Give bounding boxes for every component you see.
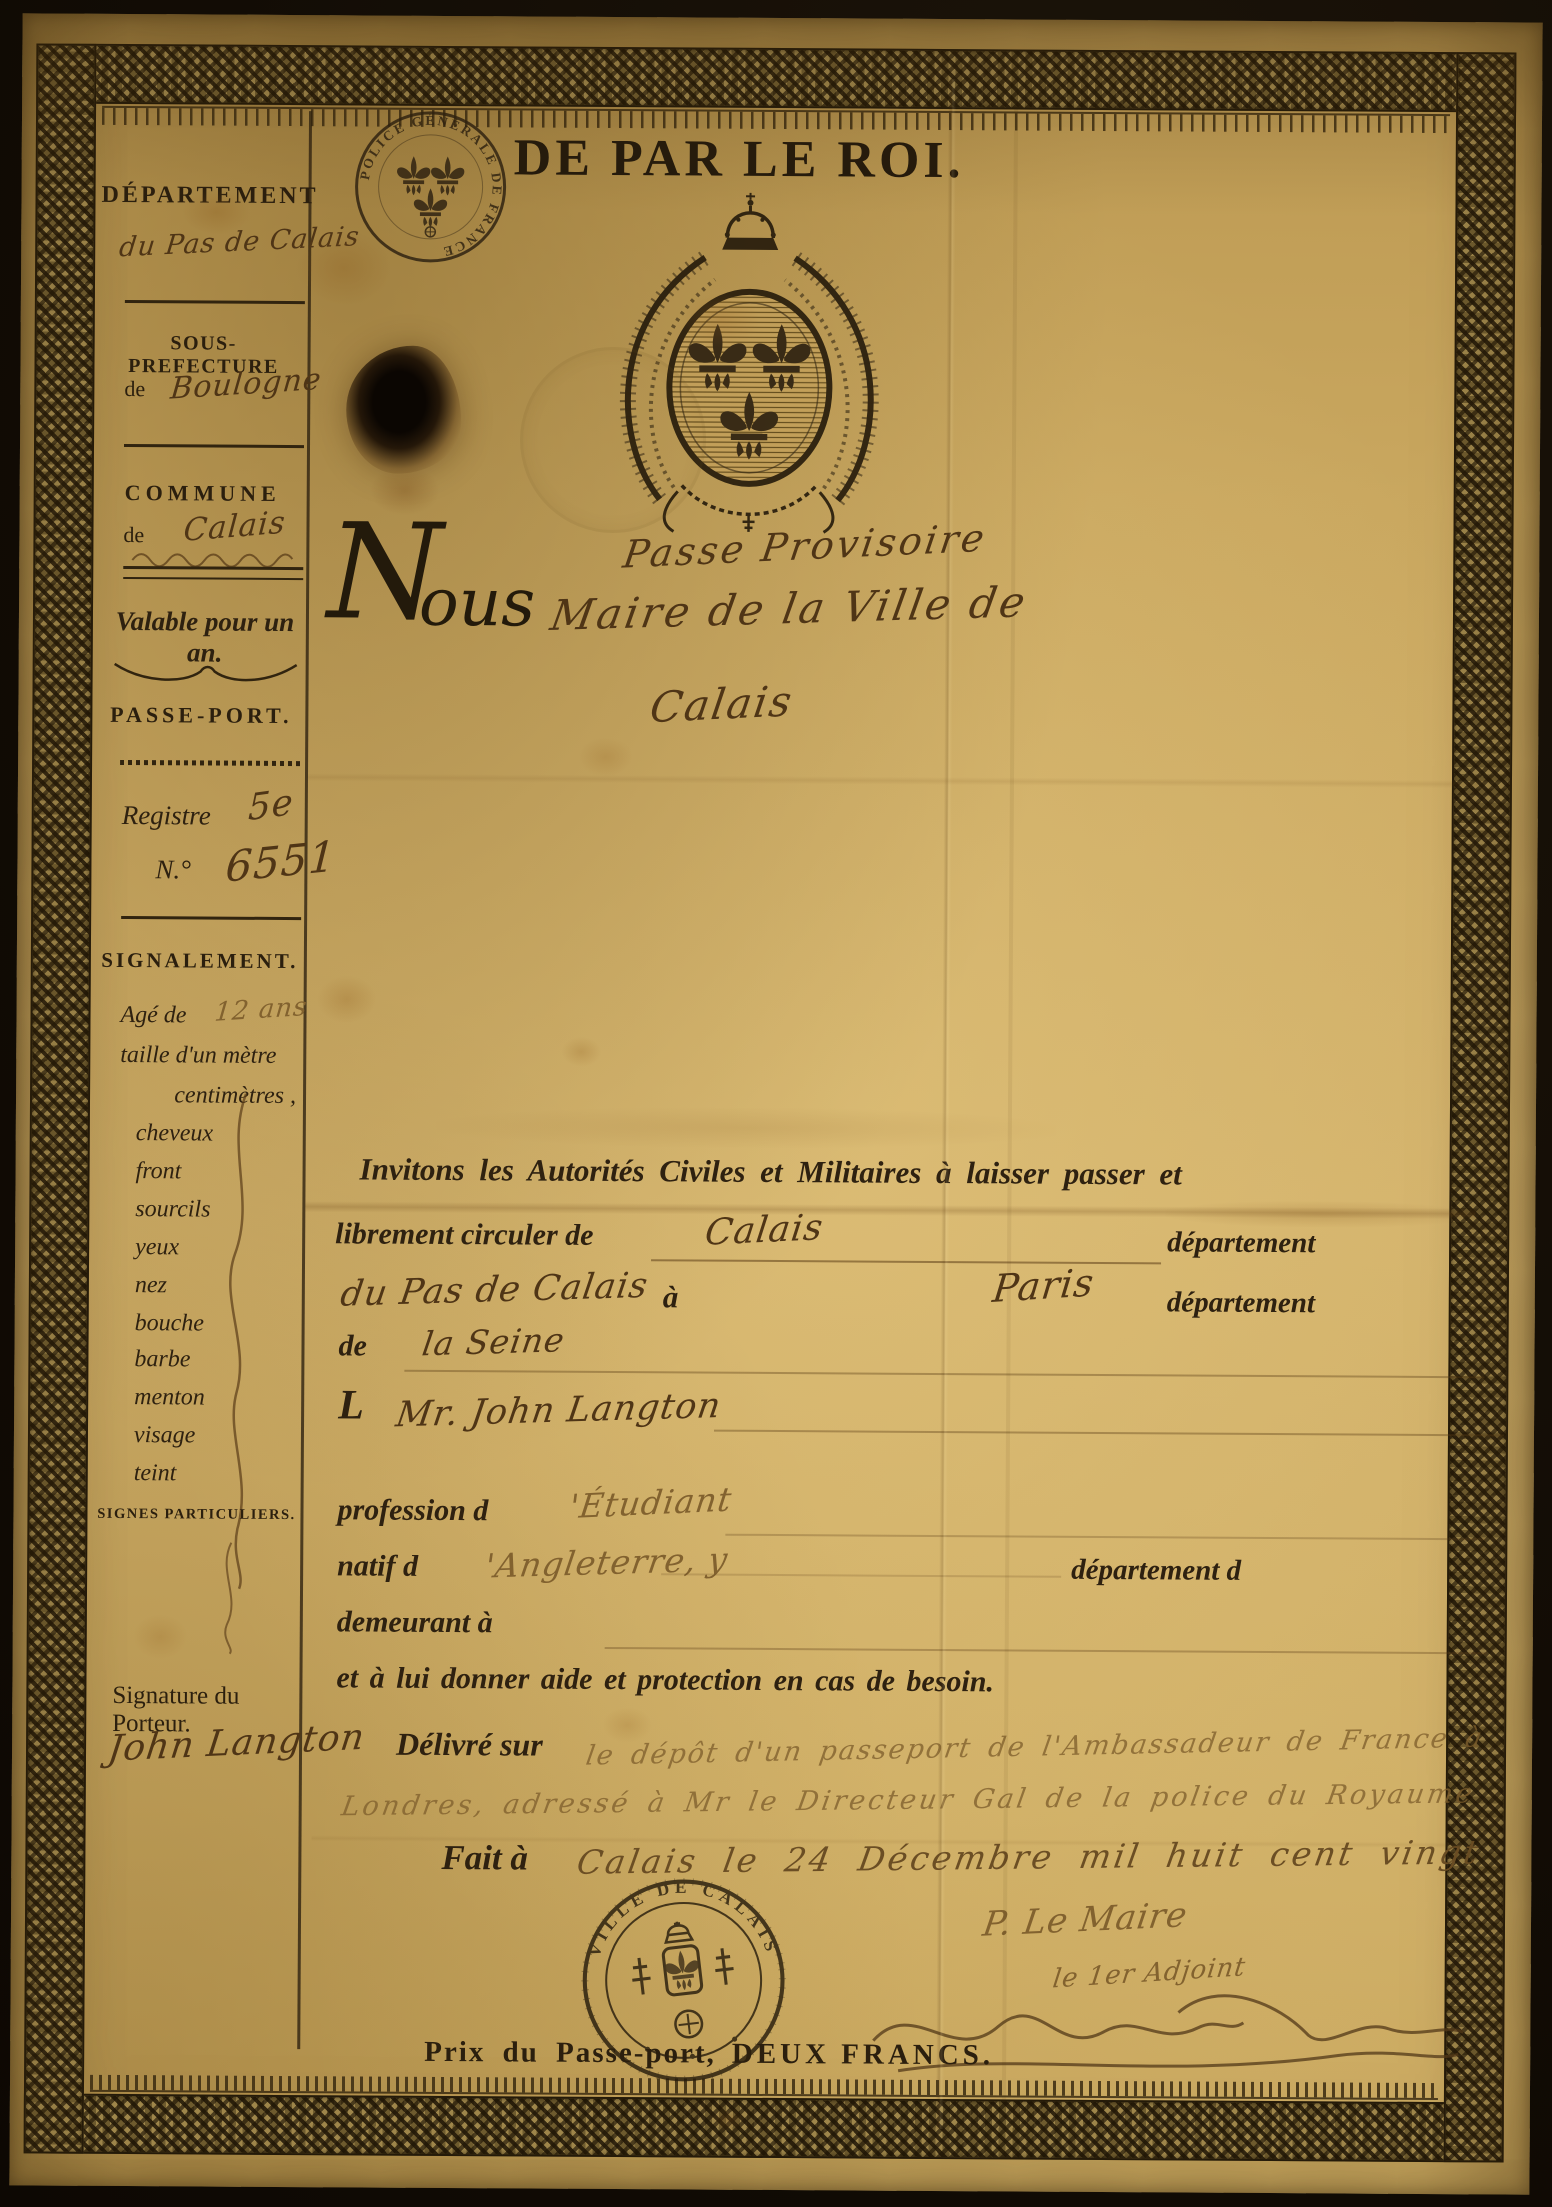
commune-value: Calais (182, 504, 287, 549)
price-value: DEUX FRANCS. (732, 2038, 994, 2072)
stain (561, 1037, 601, 1067)
delivre-printed: Délivré sur (396, 1726, 543, 1764)
delivre-hand-2: Londres, adressé à Mr le Directeur Gal d… (339, 1778, 1477, 1822)
feature-cheveux: cheveux (136, 1120, 213, 1147)
signature-scribble (858, 1971, 1479, 2093)
registre-label: Registre (122, 800, 211, 832)
feature-bouche: bouche (135, 1310, 204, 1337)
age-label: Agé de (120, 1002, 186, 1029)
departement-value: du Pas de Calais (118, 221, 362, 263)
stain (578, 737, 633, 777)
nous-rest: ous (419, 564, 536, 642)
divider (121, 916, 301, 920)
taille-line: taille d'un mètre (120, 1042, 276, 1070)
feature-yeux: yeux (135, 1234, 179, 1261)
feature-visage: visage (134, 1422, 195, 1449)
double-divider (123, 566, 303, 580)
feature-menton: menton (134, 1384, 205, 1411)
divider (125, 300, 305, 304)
feature-barbe: barbe (134, 1346, 190, 1373)
le-printed: L (338, 1381, 364, 1429)
maire-city-hand: Calais (647, 676, 797, 732)
departement-right-2: département (1167, 1286, 1315, 1320)
border-bottom (24, 2093, 1504, 2162)
de-printed: de (338, 1329, 367, 1363)
fold-crease-vertical (936, 79, 957, 2129)
registre-value: 5e (248, 782, 295, 830)
fold-crease-horizontal (305, 1201, 1475, 1219)
passeport-label: PASSE-PORT. (98, 702, 304, 729)
validity-brace (111, 658, 301, 687)
age-value: 12 ans (213, 992, 309, 1028)
departement-label: DÉPARTEMENT (101, 182, 307, 210)
commune-prefix: de (123, 522, 144, 548)
bearer-hand: Mr. John Langton (393, 1386, 724, 1436)
price-label: Prix du Passe-port, (424, 2036, 716, 2070)
feature-front: front (135, 1158, 181, 1185)
invitons-line: Invitons les Autorités Civiles et Milita… (359, 1151, 1181, 1192)
maire-sig-1: P. Le Maire (980, 1895, 1190, 1945)
feature-teint: teint (134, 1460, 177, 1487)
police-generale-stamp-icon: POLICE GÉNÉRALE DE FRANCE (351, 107, 510, 266)
blank-line (725, 1534, 1485, 1541)
price-line: Prix du Passe-port, DEUX FRANCS. (424, 2036, 994, 2072)
signes-hand-squiggle (209, 1539, 250, 1657)
seine-hand: la Seine (420, 1320, 568, 1363)
burn-hole (346, 345, 462, 474)
du-pas-hand: du Pas de Calais (338, 1266, 651, 1315)
signalement-title: SIGNALEMENT. (97, 948, 303, 974)
fold-crease-horizontal-2 (308, 773, 1478, 788)
protection-line: et à lui donner aide et protection en ca… (336, 1661, 994, 1699)
blank-line (714, 1430, 1504, 1437)
sous-prefecture-prefix: de (124, 376, 145, 402)
embossed-seal-ghost (519, 346, 706, 533)
left-column: DÉPARTEMENT du Pas de Calais SOUS-PREFEC… (90, 154, 308, 2055)
passport-photo: DÉPARTEMENT du Pas de Calais SOUS-PREFEC… (0, 0, 1552, 2207)
stain (436, 1106, 1056, 1150)
numero-label: N.° (155, 854, 191, 885)
natif-printed: natif d (337, 1549, 418, 1583)
profession-printed: profession d (337, 1493, 488, 1528)
divider (124, 444, 304, 448)
border-left (24, 43, 97, 2153)
stain (316, 975, 376, 1023)
paper-stains (23, 13, 1543, 22)
signes-label: SIGNES PARTICULIERS. (93, 1506, 299, 1524)
maire-line-hand: Maire de la Ville de (547, 577, 1031, 640)
wavy-divider (120, 760, 300, 766)
page-title: DE PAR LE ROI. (514, 128, 965, 190)
librement-printed: librement circuler de (335, 1217, 593, 1253)
passport-paper: DÉPARTEMENT du Pas de Calais SOUS-PREFEC… (9, 13, 1542, 2194)
demeurant-printed: demeurant à (337, 1605, 493, 1640)
departement-d-printed: département d (1071, 1554, 1241, 1588)
feature-nez: nez (135, 1272, 167, 1299)
natif-hand: 'Angleterre, y (482, 1539, 731, 1585)
border-top (36, 43, 1516, 112)
stain (602, 1707, 652, 1743)
feature-sourcils: sourcils (135, 1196, 210, 1223)
delivre-hand: le dépôt d'un passeport de l'Ambassadeur… (584, 1723, 1486, 1772)
numero-value: 6551 (224, 831, 337, 891)
invitons-text: Invitons les Autorités Civiles et Milita… (359, 1151, 1181, 1191)
profession-hand: 'Étudiant (567, 1479, 734, 1526)
a-printed: à (663, 1279, 679, 1315)
commune-label: COMMUNE (100, 480, 306, 507)
fait-printed: Fait à (441, 1838, 528, 1879)
departement-right-1: département (1167, 1226, 1315, 1260)
blank-line (605, 1647, 1487, 1654)
